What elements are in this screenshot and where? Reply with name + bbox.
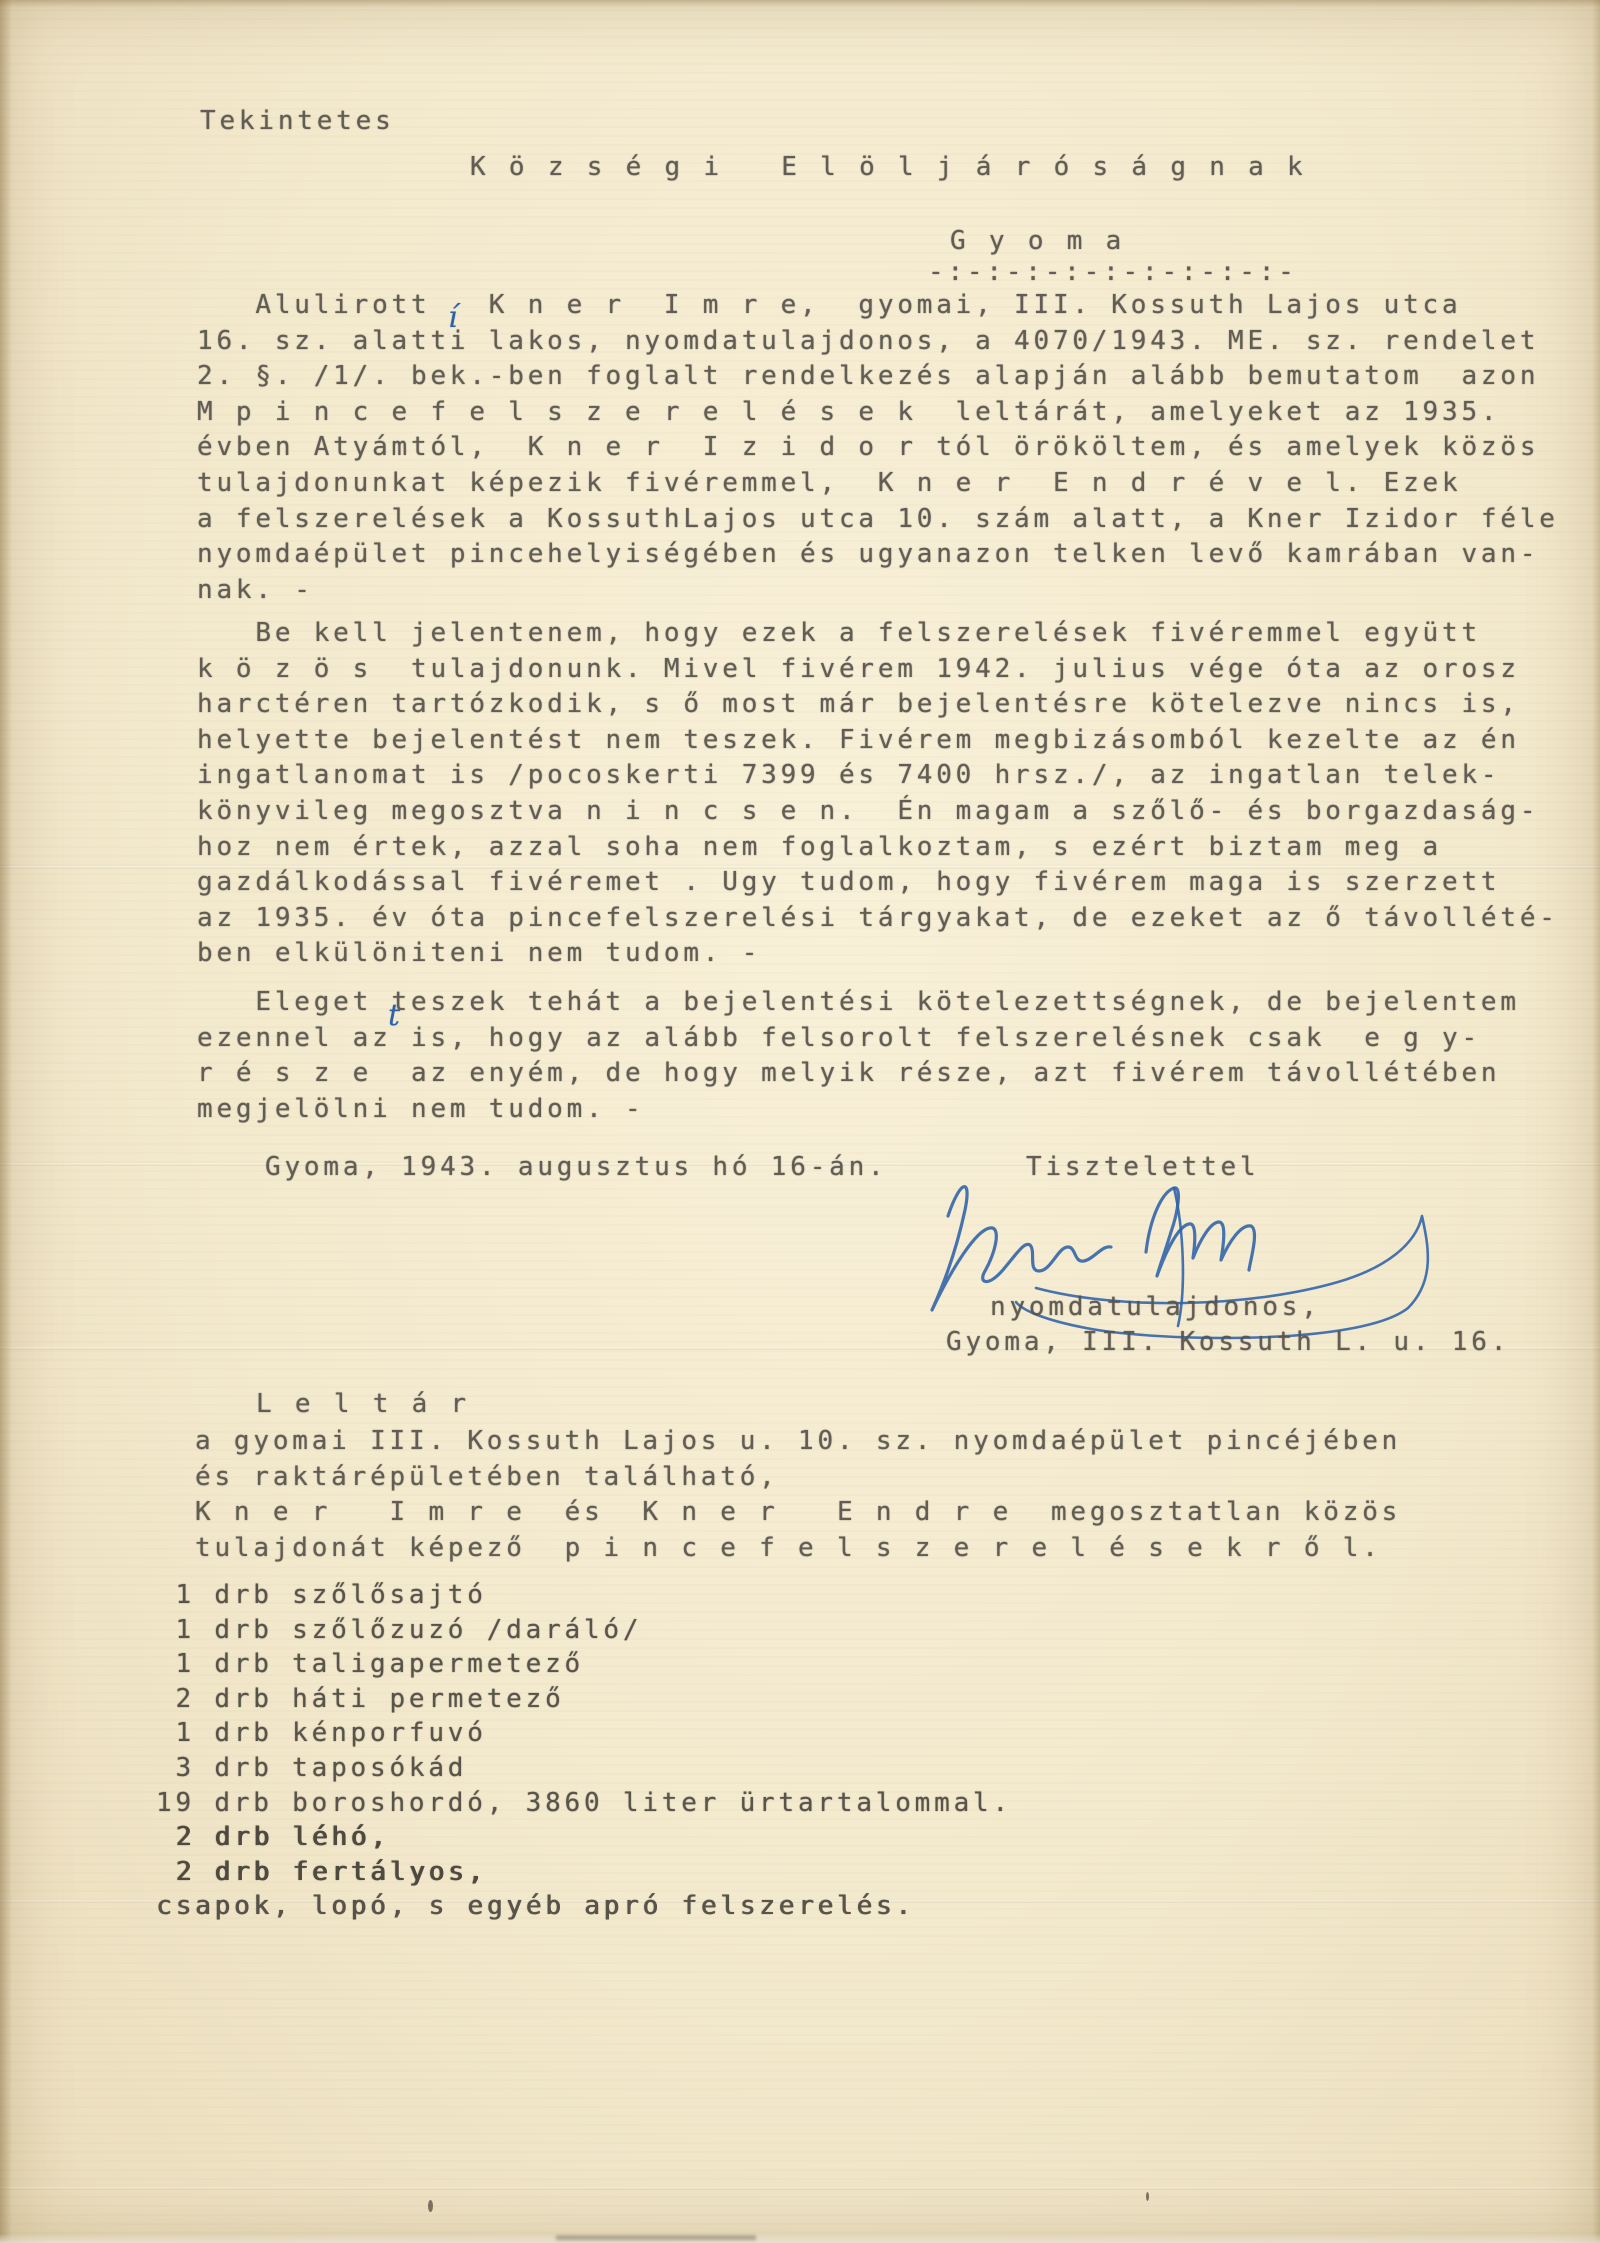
paragraph-2: Be kell jelentenem, hogy ezek a felszere… [197,616,1559,972]
text-line: harctéren tartózkodik, s ő most már beje… [197,687,1559,723]
text-line: a gyomai III. Kossuth Lajos u. 10. sz. n… [195,1424,1401,1460]
text-line: r é s z e az enyém, de hogy melyik része… [197,1056,1520,1092]
scanned-letter-page: Tekintetes K ö z s é g i E l ö l j á r ó… [0,0,1600,2243]
text-line: csapok, lopó, s egyéb apró felszerelés. [156,1889,1012,1924]
text-line: K n e r I m r e és K n e r E n d r e meg… [195,1495,1401,1531]
text-line: a felszerelések a KossuthLajos utca 10. … [197,502,1559,538]
text-line: 16. sz. alatti lakos, nyomdatulajdonos, … [197,324,1559,360]
handwritten-insertion-i: í [448,300,458,335]
text-line: k ö z ö s tulajdonunk. Mivel fivérem 194… [197,652,1559,688]
inventory-title: L e l t á r [256,1387,470,1423]
text-line: 1 drb taligapermetező [156,1647,1012,1682]
text-line: M p i n c e f e l s z e r e l é s e k le… [197,395,1559,431]
ink-speck [1146,2192,1149,2201]
inventory-item-list: 1 drb szőlősajtó 1 drb szőlőzuzó /daráló… [156,1578,1012,1924]
text-line: helyette bejelentést nem teszek. Fivérem… [197,723,1559,759]
text-line: tulajdonunkat képezik fivéremmel, K n e … [197,466,1559,502]
text-line: 2 drb háti permetező [156,1682,1012,1717]
salutation-line: Tekintetes [200,104,395,140]
text-line: 2 drb fertályos, [156,1855,1012,1890]
scan-edge-shadow [0,0,1600,8]
signer-address: Gyoma, III. Kossuth L. u. 16. [946,1325,1510,1361]
text-line: 19 drb boroshordó, 3860 liter ürtartalom… [156,1786,1012,1821]
addressee-line: K ö z s é g i E l ö l j á r ó s á g n a … [470,150,1307,186]
signer-role: nyomdatulajdonos, [990,1290,1321,1326]
text-line: Alulirott K n e r I m r e, gyomai, III. … [197,288,1559,324]
text-line: évben Atyámtól, K n e r I z i d o r tól … [197,430,1559,466]
text-line: Be kell jelentenem, hogy ezek a felszere… [197,616,1559,652]
text-line: nak. - [197,573,1559,609]
ink-speck [428,2200,433,2212]
text-line: 1 drb szőlőzuzó /daráló/ [156,1613,1012,1648]
paragraph-1: Alulirott K n e r I m r e, gyomai, III. … [197,288,1559,608]
handwritten-insertion-t: t [388,998,400,1033]
scan-edge-shadow [0,2234,1600,2243]
text-line: és raktárépületében található, [195,1460,1401,1496]
text-line: nyomdaépület pincehelyiségében és ugyana… [197,537,1559,573]
text-line: könyvileg megosztva n i n c s e n. Én ma… [197,794,1559,830]
divider-line: -:-:-:-:-:-:-:-:-:- [928,255,1298,291]
closing-salutation: Tisztelettel [1026,1150,1259,1186]
text-line: hoz nem értek, azzal soha nem foglalkozt… [197,830,1559,866]
text-line: 2. §. /1/. bek.-ben foglalt rendelkezés … [197,359,1559,395]
text-line: az 1935. év óta pincefelszerelési tárgya… [197,901,1559,937]
text-line: ben elkülöniteni nem tudom. - [197,936,1559,972]
text-line: gazdálkodással fivéremet . Ugy tudom, ho… [197,865,1559,901]
text-line: megjelölni nem tudom. - [197,1092,1520,1128]
paper-crease [0,2187,1600,2190]
text-line: 3 drb taposókád [156,1751,1012,1786]
scan-edge-shadow [1592,0,1600,2243]
text-line: 2 drb léhó, [156,1820,1012,1855]
scan-smudge [556,2236,756,2243]
text-line: ingatlanomat is /pocoskerti 7399 és 7400… [197,758,1559,794]
date-line: Gyoma, 1943. augusztus hó 16-án. [265,1150,888,1186]
text-line: 1 drb szőlősajtó [156,1578,1012,1613]
text-line: tulajdonát képező p i n c e f e l s z e … [195,1531,1401,1567]
inventory-intro: a gyomai III. Kossuth Lajos u. 10. sz. n… [195,1424,1401,1566]
text-line: 1 drb kénporfuvó [156,1716,1012,1751]
scan-edge-shadow [0,0,12,2243]
